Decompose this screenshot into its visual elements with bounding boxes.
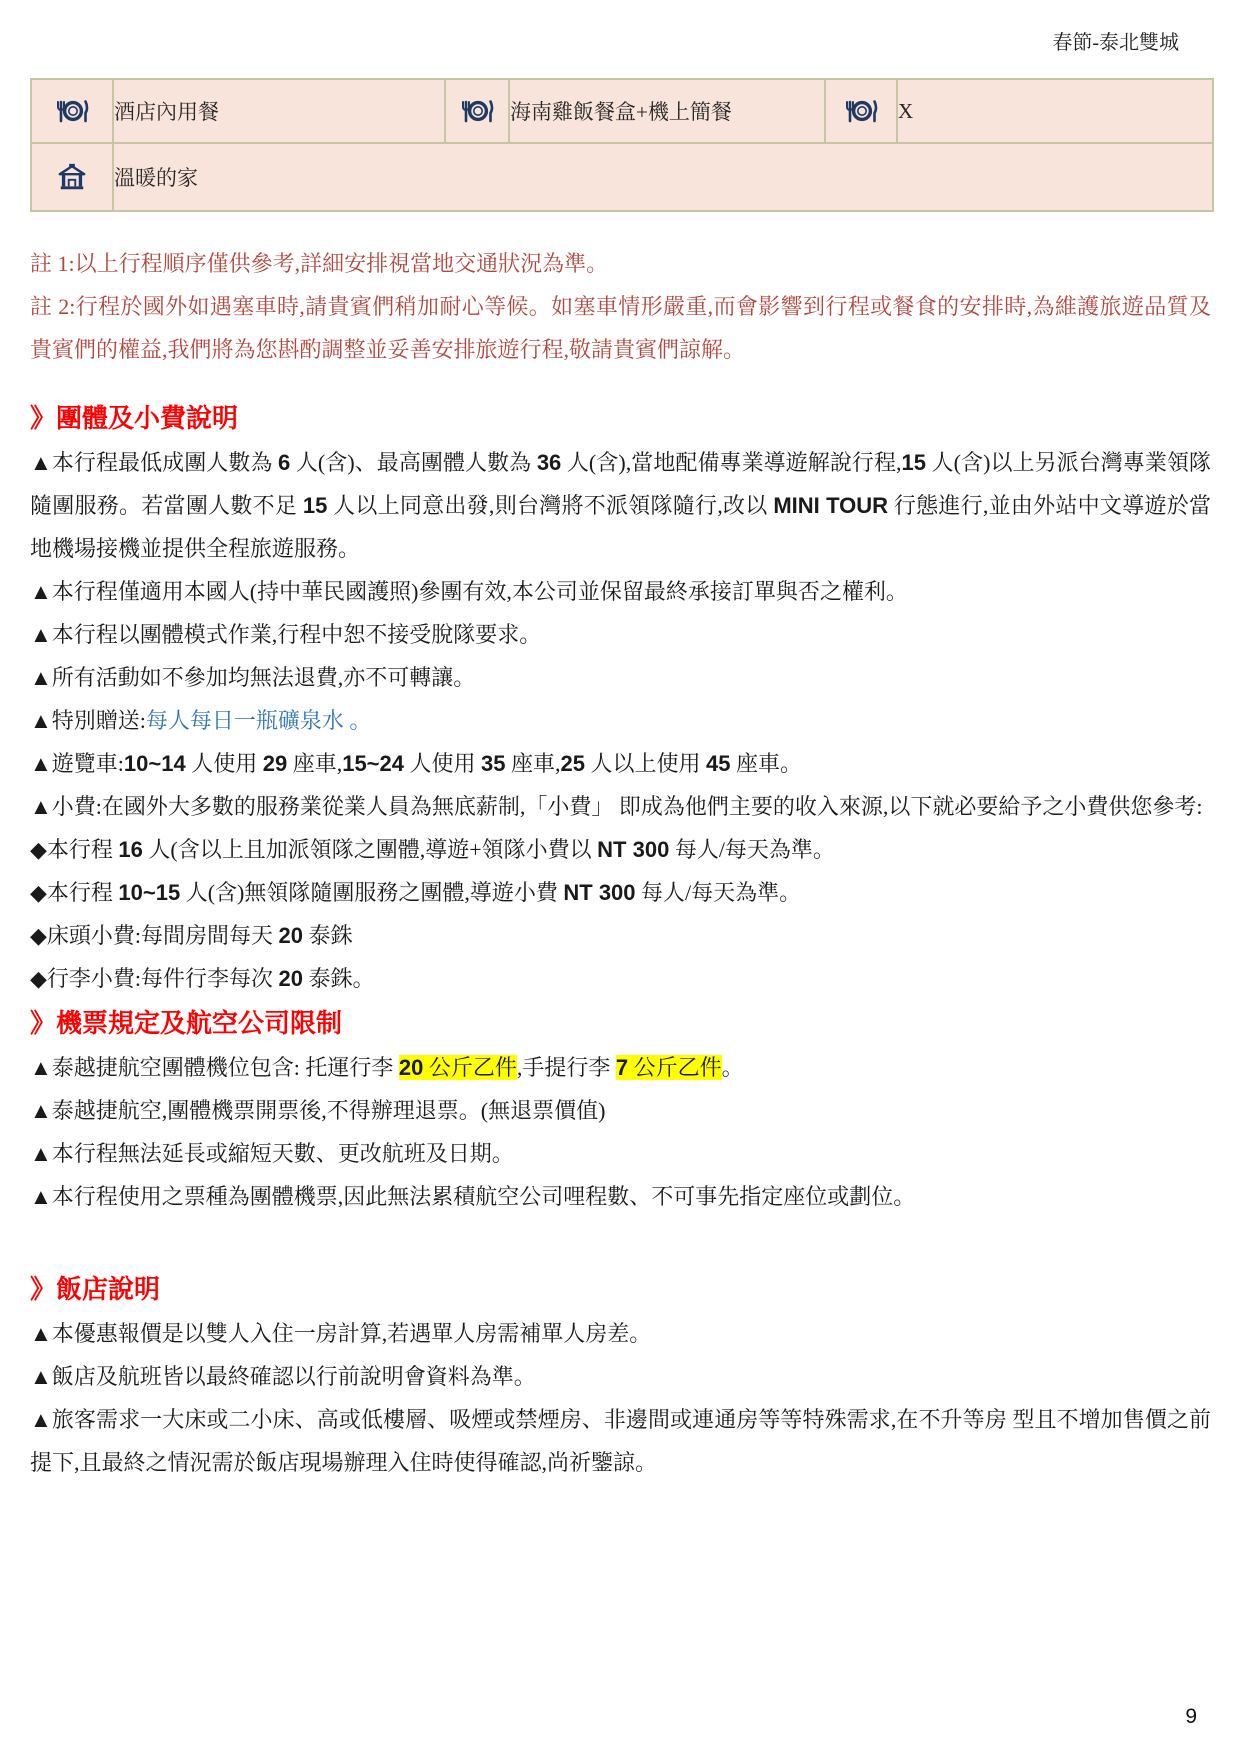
text-segment: ▲特別贈送: — [30, 708, 146, 733]
meal-icon-cell — [825, 79, 897, 143]
page-header: 春節-泰北雙城 — [0, 0, 1241, 56]
text-segment: ▲泰越捷航空,團體機票開票後,不得辦理退票。(無退票價值) — [30, 1098, 605, 1123]
text-segment: 25 — [561, 751, 585, 776]
meal-icon — [54, 95, 90, 127]
meal-label-dinner: X — [897, 79, 1213, 143]
text-segment: 10~15 — [118, 880, 180, 905]
section-heading: 》機票規定及航空公司限制 — [30, 1000, 1211, 1046]
text-segment: 15 — [902, 450, 926, 475]
text-segment: 15 — [303, 493, 327, 518]
text-segment: 註 1:以上行程順序僅供參考,詳細安排視當地交通狀況為準。 — [30, 251, 608, 276]
body-paragraph: ▲本行程以團體模式作業,行程中恕不接受脫隊要求。 — [30, 613, 1211, 656]
text-segment: 29 — [263, 751, 287, 776]
text-segment: 人使用 — [404, 751, 481, 776]
text-segment: ▲小費:在國外大多數的服務業從業人員為無底薪制,「小費」 即成為他們主要的收入來… — [30, 794, 1203, 819]
note-line: 註 2:行程於國外如遇塞車時,請貴賓們稍加耐心等候。如塞車情形嚴重,而會影響到行… — [30, 285, 1211, 371]
body-paragraph: ▲小費:在國外大多數的服務業從業人員為無底薪制,「小費」 即成為他們主要的收入來… — [30, 785, 1211, 828]
itinerary-notes: 註 1:以上行程順序僅供參考,詳細安排視當地交通狀況為準。註 2:行程於國外如遇… — [30, 242, 1211, 371]
body-paragraph: ▲旅客需求一大床或二小床、高或低樓層、吸煙或禁煙房、非邊間或連通房等等特殊需求,… — [30, 1398, 1211, 1484]
text-segment: 泰銖。 — [303, 966, 375, 991]
text-segment: 36 — [537, 450, 561, 475]
text-segment: 20 — [279, 966, 303, 991]
meal-icon — [843, 95, 879, 127]
text-segment: 6 — [278, 450, 290, 475]
text-segment: ▲本行程僅適用本國人(持中華民國護照)參團有效,本公司並保留最終承接訂單與否之權… — [30, 579, 908, 604]
body-paragraph: ▲所有活動如不參加均無法退費,亦不可轉讓。 — [30, 656, 1211, 699]
text-segment: NT 300 — [563, 880, 635, 905]
text-segment: ◆本行程 — [30, 837, 118, 862]
text-segment: 每人每日一瓶礦泉水 。 — [146, 708, 372, 733]
text-segment: 座車, — [287, 751, 342, 776]
section-heading: 》團體及小費說明 — [30, 395, 1211, 441]
text-segment: 人(含以上且加派領隊之團體,導遊+領隊小費以 — [143, 837, 597, 862]
text-segment: ▲本行程以團體模式作業,行程中恕不接受脫隊要求。 — [30, 622, 541, 647]
meal-label-text: X — [898, 99, 913, 123]
meal-table: 酒店內用餐 海南雞飯餐盒+機上簡餐 — [30, 78, 1214, 212]
text-segment: ▲飯店及航班皆以最終確認以行前說明會資料為準。 — [30, 1364, 536, 1389]
text-segment: 人以上使用 — [585, 751, 706, 776]
text-segment: 人(含),當地配備專業導遊解說行程, — [561, 450, 901, 475]
table-row-meals: 酒店內用餐 海南雞飯餐盒+機上簡餐 — [31, 79, 1213, 143]
text-segment: ,手提行李 — [517, 1055, 616, 1080]
text-segment: 人使用 — [186, 751, 263, 776]
text-segment: 註 2:行程於國外如遇塞車時,請貴賓們稍加耐心等候。如塞車情形嚴重,而會影響到行… — [30, 294, 1211, 362]
text-segment: MINI TOUR — [773, 493, 888, 518]
section-heading: 》飯店說明 — [30, 1266, 1211, 1312]
home-icon — [57, 162, 87, 192]
text-segment: ◆本行程 — [30, 880, 118, 905]
hotel-label-text: 溫暖的家 — [114, 166, 198, 190]
text-segment: 座車。 — [731, 751, 803, 776]
hotel-label-cell: 溫暖的家 — [113, 143, 1213, 211]
meal-icon-cell — [445, 79, 509, 143]
text-segment: ▲泰越捷航空團體機位包含: 托運行李 — [30, 1055, 399, 1080]
text-segment: ▲本行程使用之票種為團體機票,因此無法累積航空公司哩程數、不可事先指定座位或劃位… — [30, 1184, 915, 1209]
meal-label-text: 酒店內用餐 — [114, 100, 219, 124]
text-segment: ▲本行程最低成團人數為 — [30, 450, 278, 475]
text-segment: 20 — [279, 923, 303, 948]
body-paragraph: ◆本行程 16 人(含以上且加派領隊之團體,導遊+領隊小費以 NT 300 每人… — [30, 828, 1211, 871]
header-title: 春節-泰北雙城 — [1052, 32, 1179, 54]
body-paragraph: ◆床頭小費:每間房間每天 20 泰銖 — [30, 914, 1211, 957]
text-segment: 45 — [706, 751, 730, 776]
text-segment: 15~24 — [342, 751, 404, 776]
body-paragraph: ▲本行程無法延長或縮短天數、更改航班及日期。 — [30, 1132, 1211, 1175]
text-segment: 人以上同意出發,則台灣將不派領隊隨行,改以 — [327, 493, 773, 518]
text-segment: ◆行李小費:每件行李每次 — [30, 966, 279, 991]
text-segment: 16 — [118, 837, 142, 862]
hotel-icon-cell — [31, 143, 113, 211]
body-paragraph: ▲本行程僅適用本國人(持中華民國護照)參團有效,本公司並保留最終承接訂單與否之權… — [30, 570, 1211, 613]
text-segment: 人(含)無領隊隨團服務之團體,導遊小費 — [180, 880, 563, 905]
note-line: 註 1:以上行程順序僅供參考,詳細安排視當地交通狀況為準。 — [30, 242, 1211, 285]
meal-icon-cell — [31, 79, 113, 143]
text-segment: ▲所有活動如不參加均無法退費,亦不可轉讓。 — [30, 665, 475, 690]
text-segment: 》飯店說明 — [30, 1274, 160, 1304]
meal-label-breakfast: 酒店內用餐 — [113, 79, 445, 143]
text-segment: 座車, — [506, 751, 561, 776]
body-paragraph: ▲遊覽車:10~14 人使用 29 座車,15~24 人使用 35 座車,25 … — [30, 742, 1211, 785]
text-segment: 35 — [481, 751, 505, 776]
meal-icon — [459, 95, 495, 127]
text-segment: ▲本優惠報價是以雙人入住一房計算,若遇單人房需補單人房差。 — [30, 1321, 651, 1346]
text-segment: 泰銖 — [303, 923, 353, 948]
body-paragraph: ▲本優惠報價是以雙人入住一房計算,若遇單人房需補單人房差。 — [30, 1312, 1211, 1355]
text-segment: 》機票規定及航空公司限制 — [30, 1008, 342, 1038]
text-segment: 20 — [399, 1055, 423, 1080]
document-body: 》團體及小費說明▲本行程最低成團人數為 6 人(含)、最高團體人數為 36 人(… — [30, 395, 1211, 1484]
body-paragraph: ▲本行程使用之票種為團體機票,因此無法累積航空公司哩程數、不可事先指定座位或劃位… — [30, 1175, 1211, 1218]
text-segment: 公斤乙件 — [628, 1055, 722, 1080]
body-paragraph: ▲飯店及航班皆以最終確認以行前說明會資料為準。 — [30, 1355, 1211, 1398]
text-segment: 。 — [722, 1055, 744, 1080]
text-segment: 人(含)、最高團體人數為 — [290, 450, 537, 475]
text-segment: NT 300 — [597, 837, 669, 862]
text-segment: ◆床頭小費:每間房間每天 — [30, 923, 279, 948]
text-segment: ▲遊覽車: — [30, 751, 124, 776]
text-segment: 每人/每天為準。 — [669, 837, 835, 862]
body-paragraph: ▲特別贈送:每人每日一瓶礦泉水 。 — [30, 699, 1211, 742]
meal-label-text: 海南雞飯餐盒+機上簡餐 — [510, 100, 732, 124]
text-segment: 每人/每天為準。 — [636, 880, 802, 905]
table-row-hotel: 溫暖的家 — [31, 143, 1213, 211]
text-segment: ▲旅客需求一大床或二小床、高或低樓層、吸煙或禁煙房、非邊間或連通房等等特殊需求,… — [30, 1407, 1211, 1475]
text-segment: 7 — [616, 1055, 628, 1080]
page-number: 9 — [1185, 1705, 1197, 1729]
text-segment: 》團體及小費說明 — [30, 403, 238, 433]
body-paragraph: ▲泰越捷航空團體機位包含: 托運行李 20 公斤乙件,手提行李 7 公斤乙件。 — [30, 1046, 1211, 1089]
document-page: 春節-泰北雙城 — [0, 0, 1241, 1755]
body-paragraph: ▲泰越捷航空,團體機票開票後,不得辦理退票。(無退票價值) — [30, 1089, 1211, 1132]
text-segment: ▲本行程無法延長或縮短天數、更改航班及日期。 — [30, 1141, 514, 1166]
meal-label-lunch: 海南雞飯餐盒+機上簡餐 — [509, 79, 825, 143]
text-segment: 10~14 — [124, 751, 186, 776]
body-paragraph: ◆本行程 10~15 人(含)無領隊隨團服務之團體,導遊小費 NT 300 每人… — [30, 871, 1211, 914]
text-segment: 公斤乙件 — [423, 1055, 517, 1080]
body-paragraph: ◆行李小費:每件行李每次 20 泰銖。 — [30, 957, 1211, 1000]
body-paragraph: ▲本行程最低成團人數為 6 人(含)、最高團體人數為 36 人(含),當地配備專… — [30, 441, 1211, 570]
